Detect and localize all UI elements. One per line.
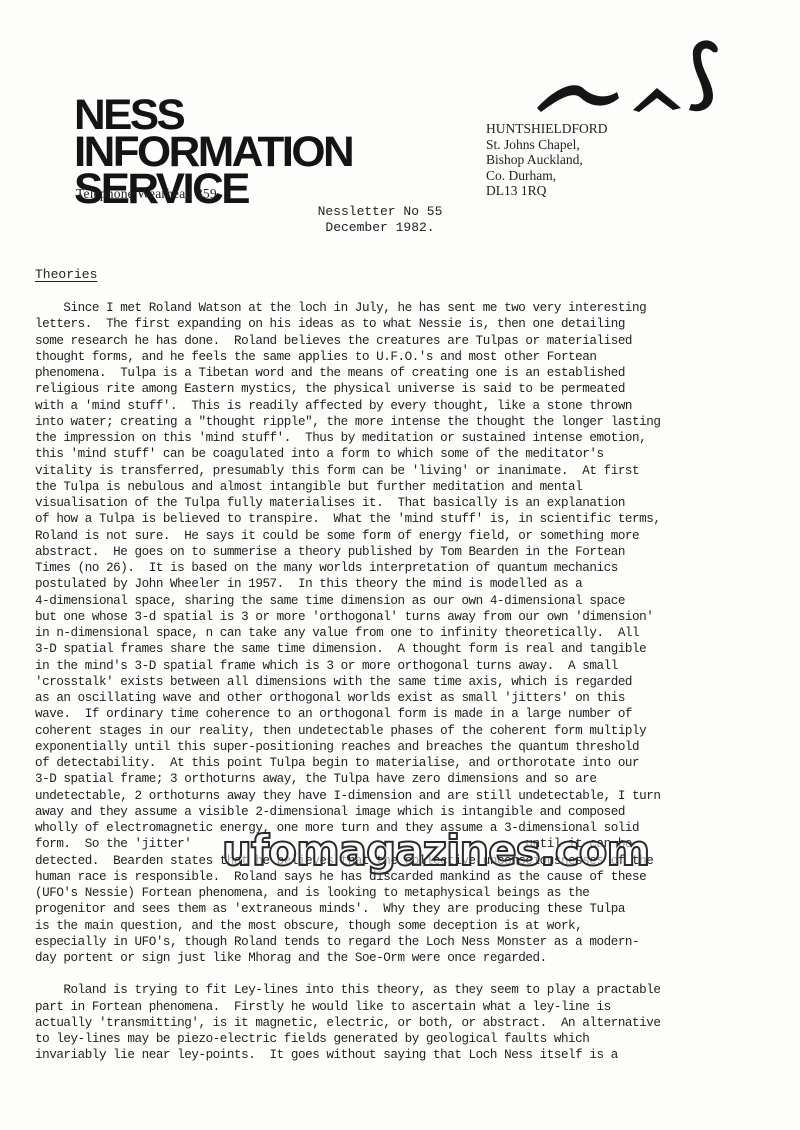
- text-line: 3-D spatial frame; 3 orthoturns away, th…: [35, 771, 775, 787]
- issue-info: Nessletter No 55 December 1982.: [310, 204, 450, 235]
- text-line: as an oscillating wave and other orthogo…: [35, 690, 775, 706]
- section-heading: Theories: [35, 267, 97, 282]
- nessie-humps-logo-icon: [535, 30, 725, 115]
- text-line: in the mind's 3-D spatial frame which is…: [35, 658, 775, 674]
- text-line: especially in UFO's, though Roland tends…: [35, 934, 775, 950]
- issue-date: December 1982.: [310, 220, 450, 236]
- text-line: Times (no 26). It is based on the many w…: [35, 560, 775, 576]
- text-line: coherent stages in our reality, then und…: [35, 723, 775, 739]
- text-line: undetectable, 2 orthoturns away they hav…: [35, 788, 775, 804]
- text-line: detected. Bearden states that he believe…: [35, 853, 775, 869]
- text-line: the Tulpa is nebulous and almost intangi…: [35, 479, 775, 495]
- text-line: abstract. He goes on to summerise a theo…: [35, 544, 775, 560]
- text-line: with a 'mind stuff'. This is readily aff…: [35, 398, 775, 414]
- text-line: 3-D spatial frames share the same time d…: [35, 641, 775, 657]
- address-line: HUNTSHIELDFORD: [486, 121, 608, 137]
- text-line: some research he has done. Roland believ…: [35, 333, 775, 349]
- paragraph: Roland is trying to fit Ley-lines into t…: [35, 982, 775, 1063]
- text-line: of how a Tulpa is believed to transpire.…: [35, 511, 775, 527]
- address-line: DL13 1RQ: [486, 183, 608, 199]
- paragraph: Since I met Roland Watson at the loch in…: [35, 300, 775, 966]
- text-line: phenomena. Tulpa is a Tibetan word and t…: [35, 365, 775, 381]
- text-line: wholly of electromagnetic energy, one mo…: [35, 820, 775, 836]
- issue-number: Nessletter No 55: [310, 204, 450, 220]
- text-line: invariably lie near ley-points. It goes …: [35, 1047, 775, 1063]
- text-line: Roland is trying to fit Ley-lines into t…: [35, 982, 775, 998]
- text-line: actually 'transmitting', is it magnetic,…: [35, 1015, 775, 1031]
- text-line: to ley-lines may be piezo-electric field…: [35, 1031, 775, 1047]
- text-line: postulated by John Wheeler in 1957. In t…: [35, 576, 775, 592]
- text-line: form. So the 'jitter' until it can be: [35, 836, 775, 852]
- text-line: is the main question, and the most obscu…: [35, 918, 775, 934]
- text-line: exponentially until this super-positioni…: [35, 739, 775, 755]
- text-line: visualisation of the Tulpa fully materia…: [35, 495, 775, 511]
- text-line: 'crosstalk' exists between all dimension…: [35, 674, 775, 690]
- text-line: in n-dimensional space, n can take any v…: [35, 625, 775, 641]
- text-line: vitality is transferred, presumably this…: [35, 463, 775, 479]
- text-line: letters. The first expanding on his idea…: [35, 316, 775, 332]
- telephone-number: Telephone Wearhead 359: [76, 186, 217, 202]
- article-body: Since I met Roland Watson at the loch in…: [35, 300, 775, 1064]
- text-line: (UFO's Nessie) Fortean phenomena, and is…: [35, 885, 775, 901]
- text-line: human race is responsible. Roland says h…: [35, 869, 775, 885]
- text-line: the impression on this 'mind stuff'. Thu…: [35, 430, 775, 446]
- text-line: thought forms, and he feels the same app…: [35, 349, 775, 365]
- text-line: part in Fortean phenomena. Firstly he wo…: [35, 999, 775, 1015]
- text-line: but one whose 3-d spatial is 3 or more '…: [35, 609, 775, 625]
- text-line: away and they assume a visible 2-dimensi…: [35, 804, 775, 820]
- address-line: Co. Durham,: [486, 168, 608, 184]
- text-line: wave. If ordinary time coherence to an o…: [35, 706, 775, 722]
- address-line: Bishop Auckland,: [486, 152, 608, 168]
- postal-address: HUNTSHIELDFORD St. Johns Chapel, Bishop …: [486, 121, 608, 199]
- text-line: 4-dimensional space, sharing the same ti…: [35, 593, 775, 609]
- text-line: this 'mind stuff' can be coagulated into…: [35, 446, 775, 462]
- text-line: day portent or sign just like Mhorag and…: [35, 950, 775, 966]
- address-line: St. Johns Chapel,: [486, 137, 608, 153]
- text-line: of detectability. At this point Tulpa be…: [35, 755, 775, 771]
- text-line: into water; creating a "thought ripple",…: [35, 414, 775, 430]
- text-line: Roland is not sure. He says it could be …: [35, 528, 775, 544]
- text-line: religious rite among Eastern mystics, th…: [35, 381, 775, 397]
- text-line: Since I met Roland Watson at the loch in…: [35, 300, 775, 316]
- text-line: progenitor and sees them as 'extraneous …: [35, 901, 775, 917]
